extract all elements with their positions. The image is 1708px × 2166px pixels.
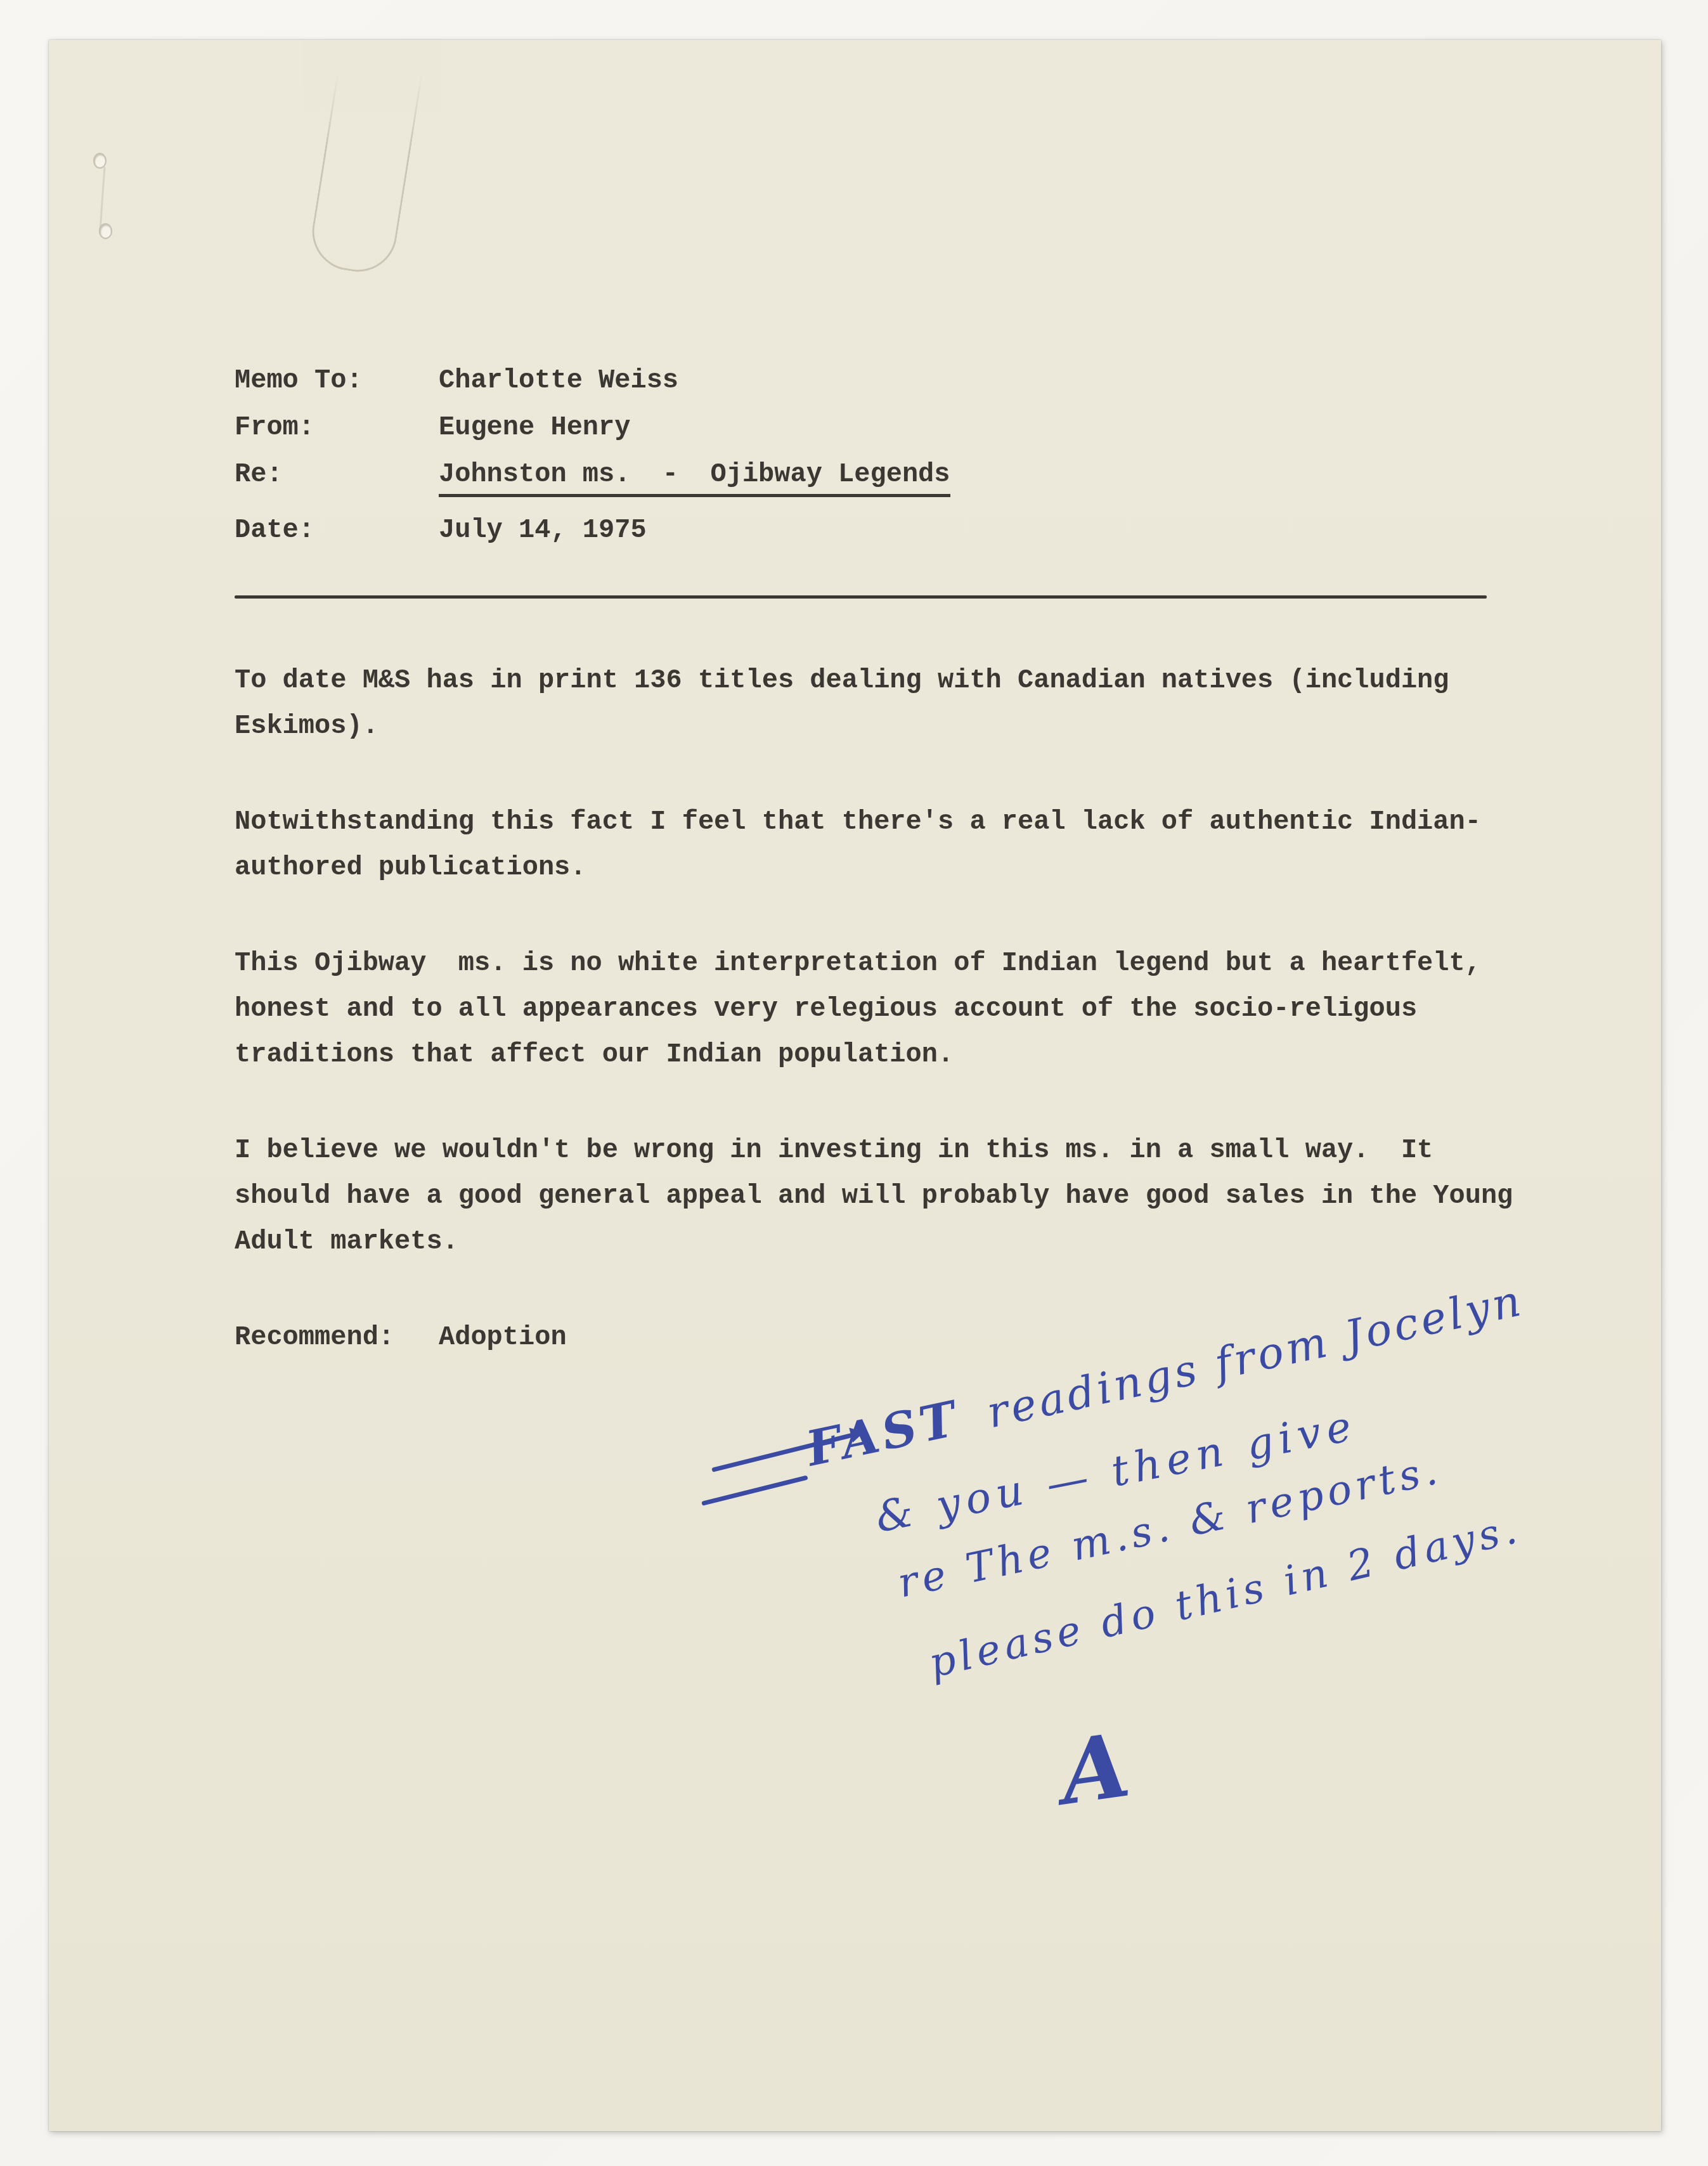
- recommend-label: Recommend:: [235, 1314, 439, 1360]
- handwritten-signature-initial: A: [1054, 1713, 1135, 1825]
- handwritten-fast-word: FAST: [801, 1390, 964, 1477]
- memo-paragraph-3: This Ojibway ms. is no white interpretat…: [235, 940, 1566, 1077]
- memo-page: Memo To:Charlotte Weiss From:Eugene Henr…: [49, 40, 1661, 2131]
- header-row-memo-to: Memo To:Charlotte Weiss: [235, 366, 950, 394]
- staple-hole: [93, 153, 107, 169]
- scan-background: Memo To:Charlotte Weiss From:Eugene Henr…: [0, 0, 1708, 2166]
- from-value: Eugene Henry: [439, 413, 630, 441]
- header-row-date: Date:July 14, 1975: [235, 516, 950, 544]
- memo-paragraph-1: To date M&S has in print 136 titles deal…: [235, 658, 1566, 749]
- re-label: Re:: [235, 460, 439, 488]
- staple-crease: [100, 167, 106, 230]
- memo-paragraph-2: Notwithstanding this fact I feel that th…: [235, 799, 1566, 890]
- date-value: July 14, 1975: [439, 516, 647, 544]
- memo-to-label: Memo To:: [235, 366, 439, 394]
- memo-to-value: Charlotte Weiss: [439, 366, 678, 394]
- from-label: From:: [235, 413, 439, 441]
- paperclip-impression-fade: [302, 40, 442, 148]
- header-divider-line: [235, 595, 1487, 599]
- recommend-value: Adoption: [439, 1314, 567, 1360]
- memo-paragraph-4: I believe we wouldn't be wrong in invest…: [235, 1127, 1566, 1264]
- header-row-re: Re:Johnston ms. - Ojibway Legends: [235, 460, 950, 497]
- memo-header: Memo To:Charlotte Weiss From:Eugene Henr…: [235, 366, 950, 563]
- re-value: Johnston ms. - Ojibway Legends: [439, 460, 950, 497]
- staple-hole: [99, 223, 112, 239]
- date-label: Date:: [235, 516, 439, 544]
- header-row-from: From:Eugene Henry: [235, 413, 950, 441]
